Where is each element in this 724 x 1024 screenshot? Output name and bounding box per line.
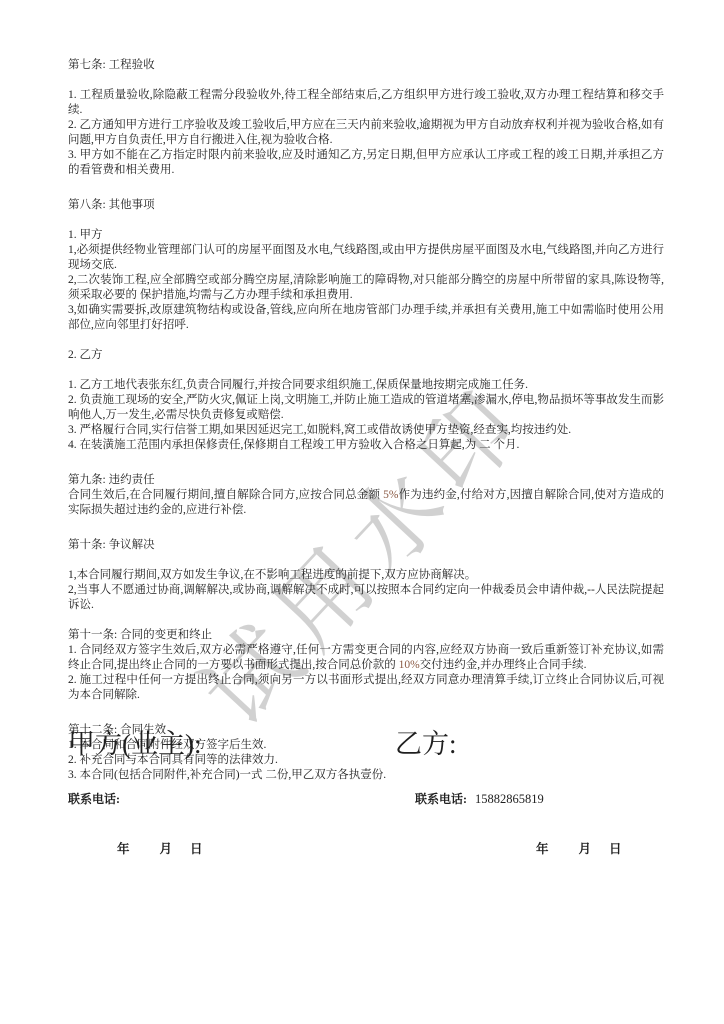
party-b-phone-number: 15882865819 — [475, 792, 544, 806]
paragraph: 3. 严格履行合同,实行信誉工期,如果因延迟完工,如脱料,窝工或借故诱使甲方垫资… — [68, 423, 664, 438]
party-a-month-label: 月 — [160, 842, 173, 856]
heading-article-8: 第八条: 其他事项 — [68, 198, 664, 213]
contract-document-page: 试用水印 第七条: 工程验收 1. 工程质量验收,除隐蔽工程需分段验收外,待工程… — [0, 0, 724, 1024]
paragraph: 1. 乙方工地代表张东红,负责合同履行,并按合同要求组织施工,保质保量地按期完成… — [68, 378, 664, 393]
heading-article-9: 第九条: 违约责任 — [68, 473, 664, 488]
party-a-phone-label: 联系电话: — [68, 792, 120, 806]
phone-row: 联系电话: 联系电话:15882865819 — [68, 790, 664, 808]
heading-article-7: 第七条: 工程验收 — [68, 58, 664, 73]
paragraph: 合同生效后,在合同履行期间,擅自解除合同方,应按合同总金额 5%作为违约金,付给… — [68, 488, 664, 518]
paragraph: 2. 施工过程中任何一方提出终止合同,须向另一方以书面形式提出,经双方同意办理清… — [68, 673, 664, 703]
signature-area: 甲方(业主): 乙方: 联系电话: 联系电话:15882865819 年月日 年… — [68, 726, 664, 858]
paragraph: 3,如确实需要拆,改原建筑物结构或设备,管线,应向所在地房管部门办理手续,并承担… — [68, 303, 664, 333]
party-b-phone-label: 联系电话: — [415, 792, 467, 806]
subheading-party-a: 1. 甲方 — [68, 228, 664, 243]
paragraph: 2,当事人不愿通过协商,调解解决,或协商,调解解决不成时,可以按照本合同约定向一… — [68, 583, 664, 613]
paragraph: 2,二次装饰工程,应全部腾空或部分腾空房屋,清除影响施工的障碍物,对只能部分腾空… — [68, 273, 664, 303]
party-b-month-label: 月 — [579, 842, 592, 856]
paragraph: 1,本合同履行期间,双方如发生争议,在不影响工程进度的前提下,双方应协商解决。 — [68, 568, 664, 583]
contract-body: 第七条: 工程验收 1. 工程质量验收,除隐蔽工程需分段验收外,待工程全部结束后… — [68, 58, 664, 783]
paragraph: 1. 工程质量验收,除隐蔽工程需分段验收外,待工程全部结束后,乙方组织甲方进行竣… — [68, 88, 664, 118]
paragraph: 1,必须提供经物业管理部门认可的房屋平面图及水电,气线路图,或由甲方提供房屋平面… — [68, 243, 664, 273]
party-b-day-label: 日 — [609, 842, 622, 856]
heading-article-10: 第十条: 争议解决 — [68, 538, 664, 553]
party-a-year-label: 年 — [117, 842, 130, 856]
heading-article-11: 第十一条: 合同的变更和终止 — [68, 628, 664, 643]
subheading-party-b: 2. 乙方 — [68, 348, 664, 363]
paragraph: 2. 乙方通知甲方进行工序验收及竣工验收后,甲方应在三天内前来验收,逾期视为甲方… — [68, 118, 664, 148]
party-b-year-label: 年 — [536, 842, 549, 856]
paragraph: 4. 在装潢施工范围内承担保修责任,保修期自工程竣工甲方验收入合格之日算起,为 … — [68, 438, 664, 453]
party-a-label: 甲方(业主): — [68, 726, 395, 762]
paragraph: 2. 负责施工现场的安全,严防火灾,佩证上岗,文明施工,并防止施工造成的管道堵塞… — [68, 393, 664, 423]
party-b-label: 乙方: — [395, 726, 664, 762]
paragraph: 3. 甲方如不能在乙方指定时限内前来验收,应及时通知乙方,另定日期,但甲方应承认… — [68, 148, 664, 178]
party-labels-row: 甲方(业主): 乙方: — [68, 726, 664, 762]
date-row: 年月日 年月日 — [68, 839, 664, 858]
party-a-day-label: 日 — [190, 842, 203, 856]
paragraph: 1. 合同经双方签字生效后,双方必需严格遵守,任何一方需变更合同的内容,应经双方… — [68, 643, 664, 673]
